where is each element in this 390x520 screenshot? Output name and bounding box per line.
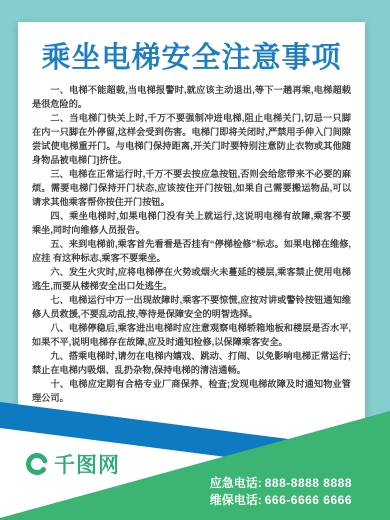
notice-item: 四、乘坐电梯时,如果电梯门没有关上就运行,这说明电梯有故障,乘客不要乘坐,同时向… bbox=[32, 209, 351, 237]
maintenance-phone-label: 维保电话: bbox=[210, 493, 262, 507]
notice-item: 一、电梯不能超载,当电梯报警时,就应该主动退出,等下一趟再乘,电梯超载是很危险的… bbox=[32, 83, 351, 111]
qiantu-logo: 千图网 bbox=[24, 449, 120, 479]
emergency-phone-number: 888-8888 8888 bbox=[265, 476, 352, 490]
contact-phones: 应急电话:888-8888 8888 维保电话:666-6666 6666 bbox=[210, 475, 352, 508]
emergency-phone-line: 应急电话:888-8888 8888 bbox=[210, 475, 352, 492]
notice-item: 三、电梯在正常运行时,千万不要去按应急按钮,否则会给您带来不必要的麻烦。需要电梯… bbox=[32, 167, 351, 209]
maintenance-phone-line: 维保电话:666-6666 6666 bbox=[210, 492, 352, 509]
notice-item: 八、电梯停稳后,乘客进出电梯时应注意观察电梯轿箱地板和楼层是否水平,如果不平,说… bbox=[32, 321, 351, 349]
maintenance-phone-number: 666-6666 6666 bbox=[265, 493, 352, 507]
notice-item: 十、电梯应定期有合格专业厂商保养、检查;发现电梯故障及时通知物业管理公司。 bbox=[32, 377, 351, 405]
qiantu-logo-icon bbox=[24, 451, 50, 477]
poster-background: 乘坐电梯安全注意事项 一、电梯不能超载,当电梯报警时,就应该主动退出,等下一趟再… bbox=[0, 0, 390, 520]
notice-item: 五、来到电梯前,乘客首先看看是否挂有“停梯检修”标志。如果电梯在维修,应挂 有这… bbox=[32, 237, 351, 265]
poster-title: 乘坐电梯安全注意事项 bbox=[28, 35, 355, 76]
qiantu-logo-text: 千图网 bbox=[54, 449, 120, 479]
notice-item: 九、搭乘电梯时,请勿在电梯内嬉戏、跳动、打闹、以免影响电梯正常运行;禁止在电梯内… bbox=[32, 349, 351, 377]
notice-body: 一、电梯不能超载,当电梯报警时,就应该主动退出,等下一趟再乘,电梯超载是很危险的… bbox=[18, 83, 365, 405]
emergency-phone-label: 应急电话: bbox=[210, 476, 262, 490]
notice-item: 二、当电梯门快关上时,千万不要强制冲进电梯,阻止电梯关门,切忌一只脚在内一只脚在… bbox=[32, 111, 351, 167]
notice-item: 七、电梯运行中万一出现故障时,乘客不要惊慌,应按对讲或警铃按钮通知维修人员救援,… bbox=[32, 293, 351, 321]
notice-item: 六、发生火灾时,应将电梯停在火势或烟火未蔓延的楼层,乘客禁止使用电梯逃生,而要从… bbox=[32, 265, 351, 293]
notice-paper: 乘坐电梯安全注意事项 一、电梯不能超载,当电梯报警时,就应该主动退出,等下一趟再… bbox=[18, 22, 365, 462]
